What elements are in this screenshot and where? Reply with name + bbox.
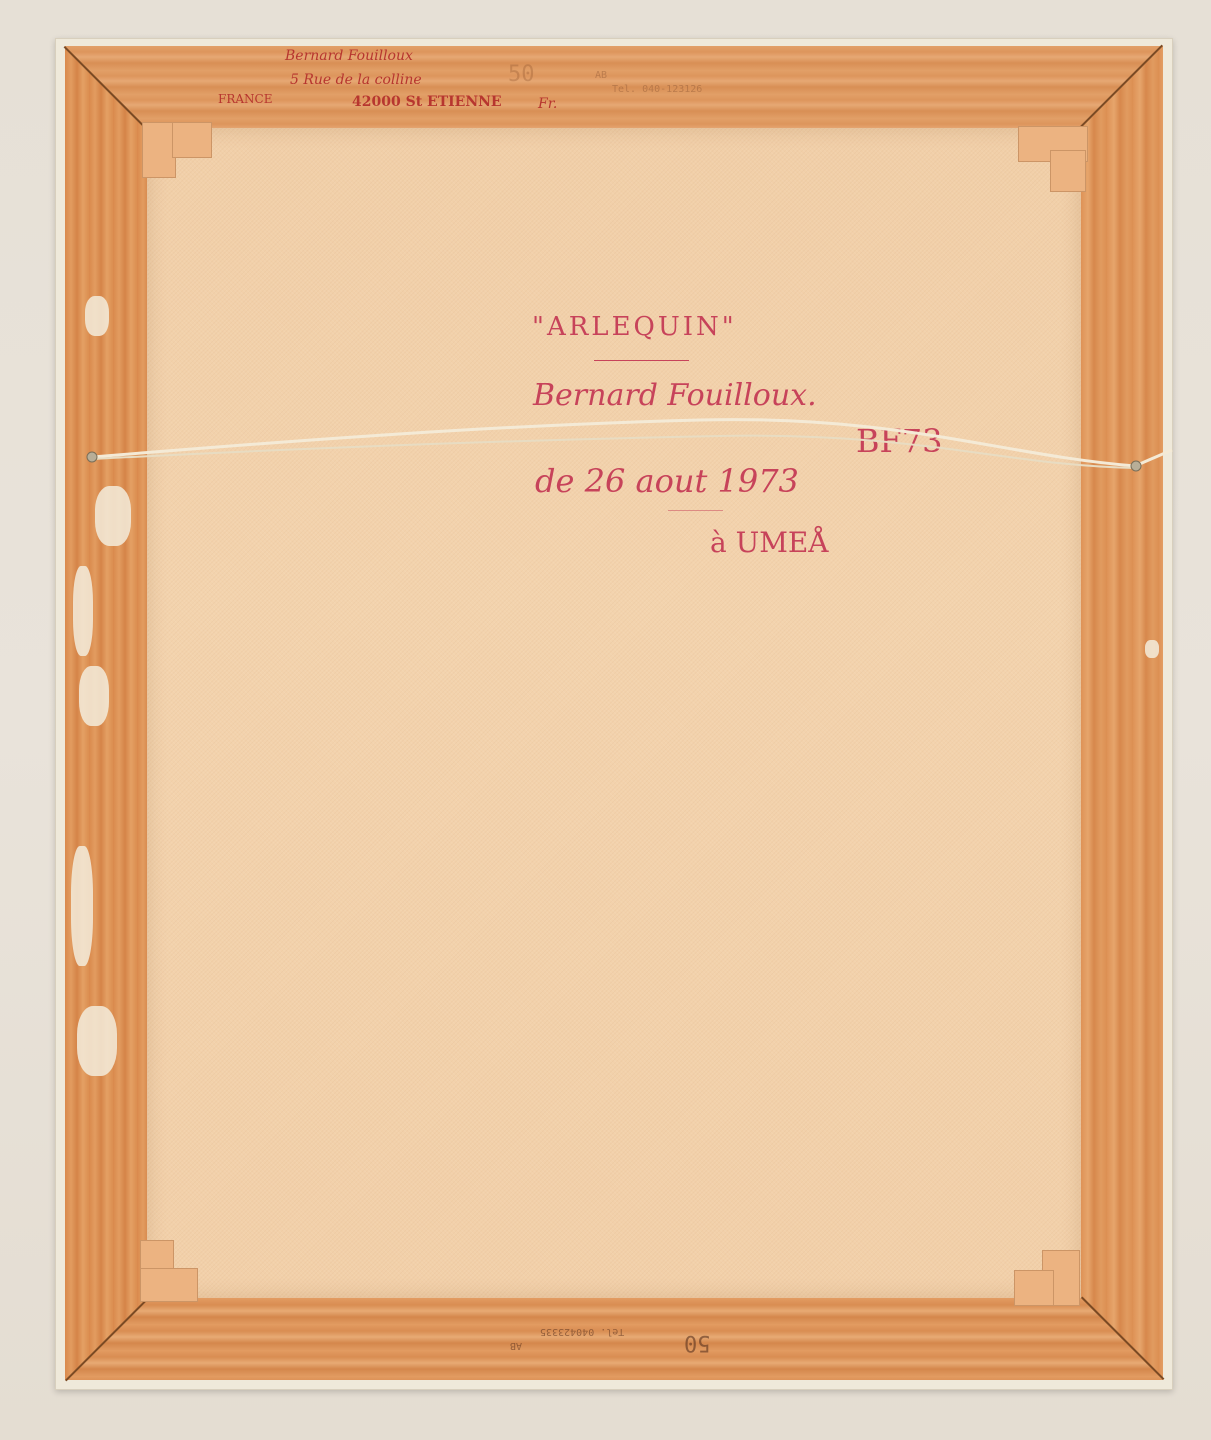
- photo-scene: Bernard Fouilloux 5 Rue de la colline FR…: [0, 0, 1211, 1440]
- hanging-wire: [0, 0, 1211, 1440]
- screw-eye-right: [1131, 461, 1141, 471]
- screw-eye-left: [87, 452, 97, 462]
